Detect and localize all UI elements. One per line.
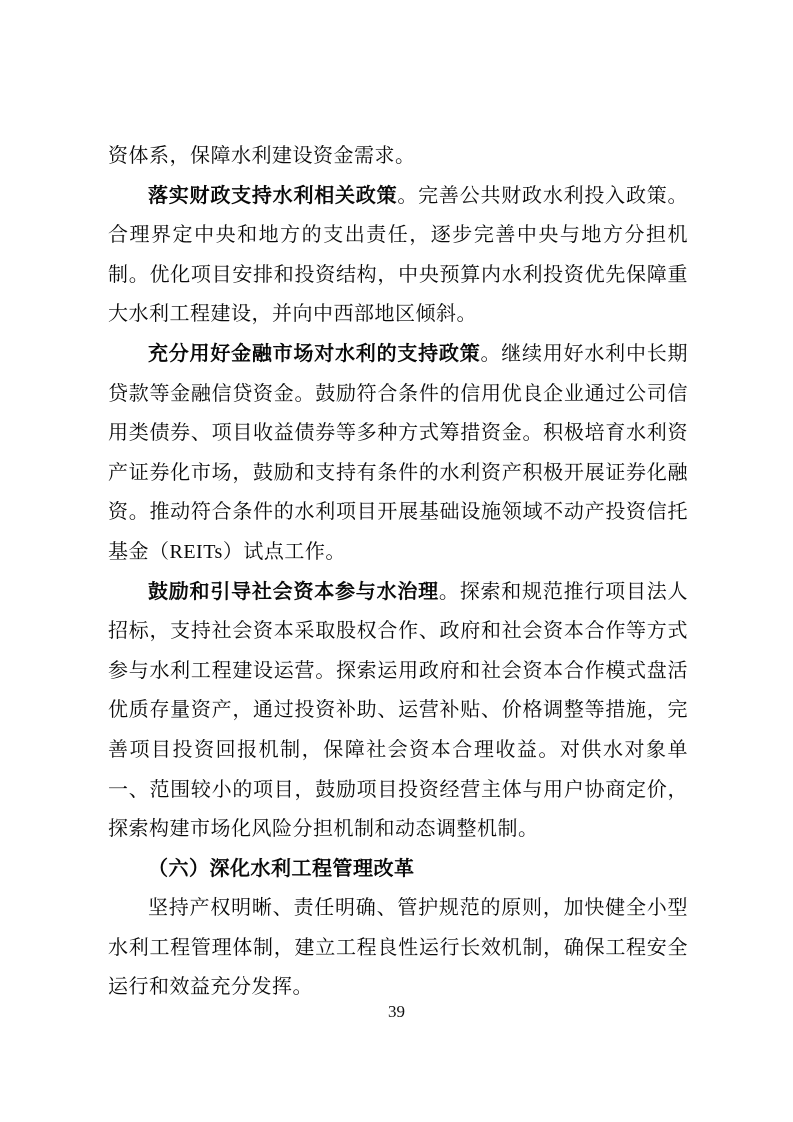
paragraph-lead: 充分用好金融市场对水利的支持政策	[148, 343, 480, 365]
paragraph-lead: 落实财政支持水利相关政策	[148, 185, 397, 207]
paragraph: 坚持产权明晰、责任明确、管护规范的原则，加快健全小型水利工程管理体制，建立工程良…	[108, 889, 688, 1008]
paragraph: 充分用好金融市场对水利的支持政策。继续用好水利中长期贷款等金融信贷资金。鼓励符合…	[108, 335, 688, 573]
paragraph: 资体系，保障水利建设资金需求。	[108, 137, 688, 177]
document-body: 资体系，保障水利建设资金需求。落实财政支持水利相关政策。完善公共财政水利投入政策…	[108, 137, 688, 1008]
paragraph: 落实财政支持水利相关政策。完善公共财政水利投入政策。合理界定中央和地方的支出责任…	[108, 177, 688, 335]
document-page: 资体系，保障水利建设资金需求。落实财政支持水利相关政策。完善公共财政水利投入政策…	[0, 0, 793, 1122]
page-number: 39	[0, 1002, 793, 1022]
paragraph-lead: 鼓励和引导社会资本参与水治理	[148, 581, 439, 603]
section-heading: （六）深化水利工程管理改革	[108, 850, 688, 890]
paragraph: 鼓励和引导社会资本参与水治理。探索和规范推行项目法人招标，支持社会资本采取股权合…	[108, 573, 688, 850]
